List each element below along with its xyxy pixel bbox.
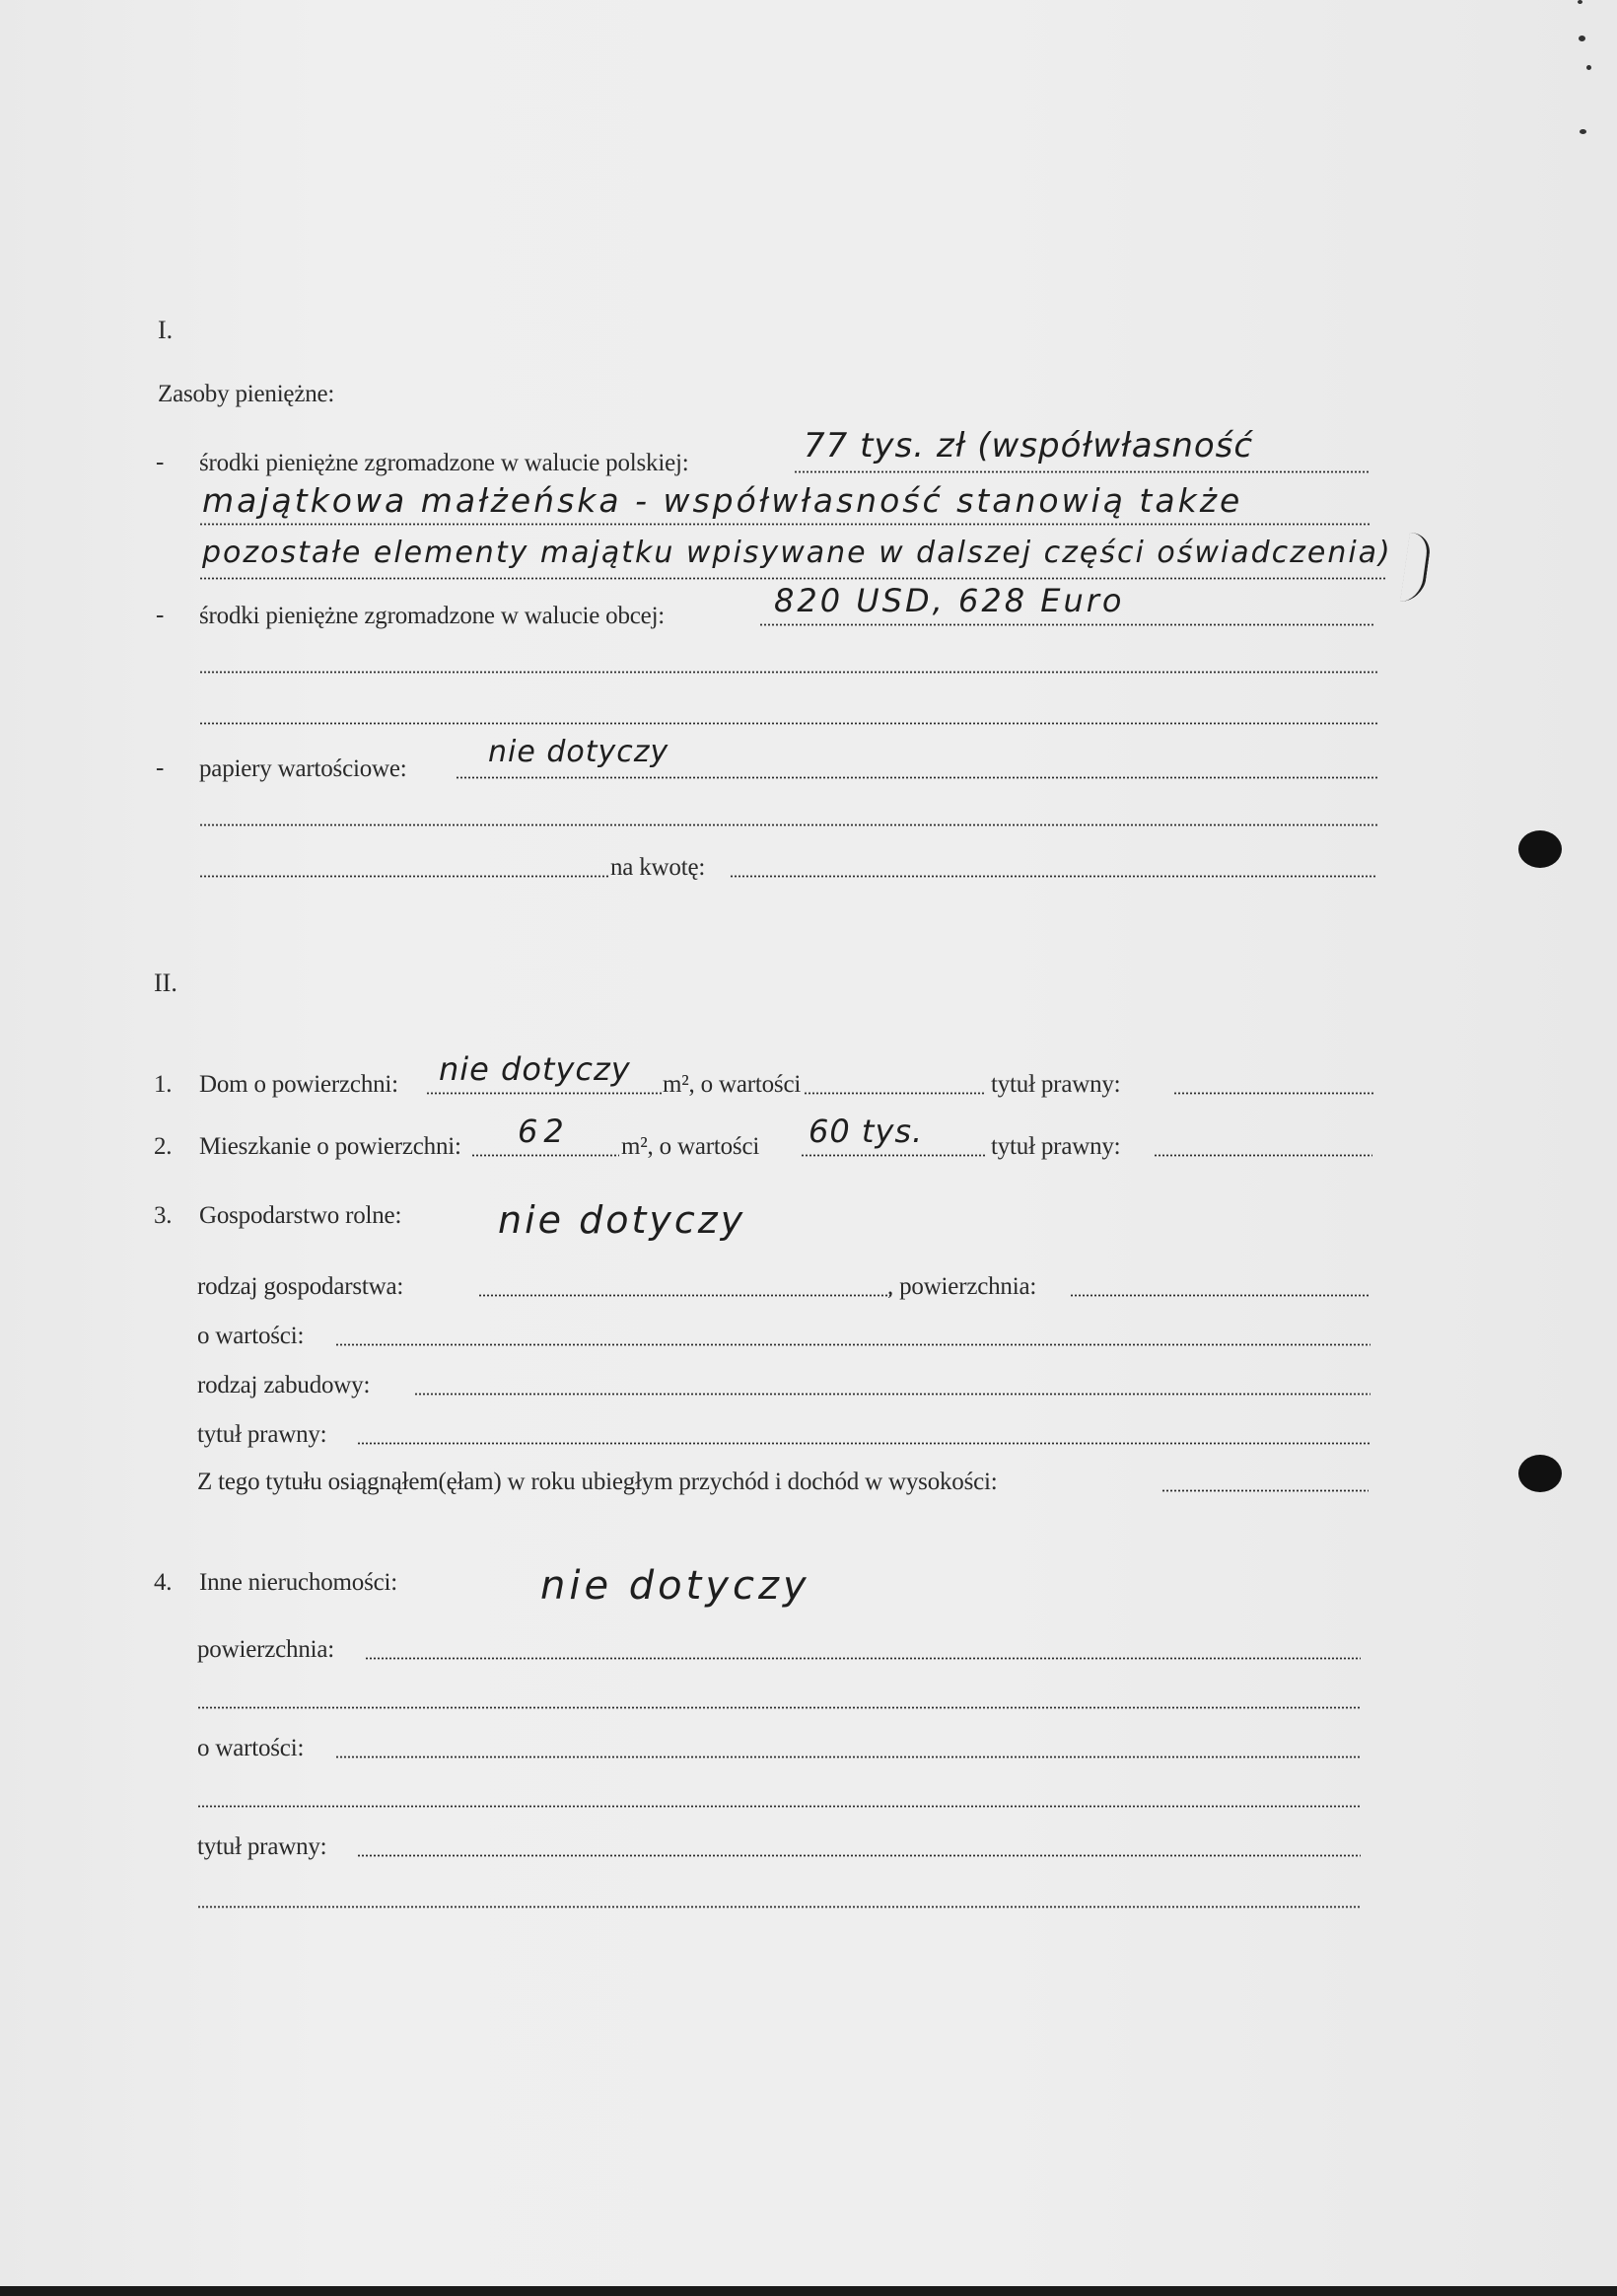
section-2-numeral: II. bbox=[154, 969, 177, 998]
other-value-label: o wartości: bbox=[197, 1734, 304, 1763]
bullet: - bbox=[156, 449, 164, 476]
fill-line bbox=[199, 875, 608, 878]
securities-label: papiery wartościowe: bbox=[199, 754, 407, 784]
section-1-heading: Zasoby pieniężne: bbox=[158, 380, 334, 409]
fill-line bbox=[1154, 1154, 1372, 1157]
scan-bottom-edge bbox=[0, 2286, 1617, 2296]
other-property-label: Inne nieruchomości: bbox=[199, 1568, 397, 1598]
fill-line bbox=[357, 1854, 1361, 1857]
farm-label: Gospodarstwo rolne: bbox=[199, 1201, 401, 1231]
fill-line bbox=[1173, 1092, 1375, 1095]
farm-area-label: , powierzchnia: bbox=[887, 1272, 1036, 1302]
polish-currency-value: 77 tys. zł (współwłasność bbox=[804, 426, 1253, 466]
apartment-area-value: 62 bbox=[518, 1112, 570, 1150]
other-property-value: nie dotyczy bbox=[540, 1563, 810, 1609]
fill-line bbox=[1161, 1489, 1369, 1492]
house-unit: m², o wartości bbox=[663, 1070, 801, 1100]
fill-line bbox=[197, 1706, 1361, 1709]
fill-line bbox=[730, 875, 1377, 878]
apartment-value: 60 tys. bbox=[808, 1112, 923, 1150]
fill-line bbox=[197, 1905, 1361, 1908]
item-number: 3. bbox=[154, 1201, 172, 1231]
apartment-label: Mieszkanie o powierzchni: bbox=[199, 1132, 461, 1162]
speck bbox=[1580, 129, 1586, 134]
fill-line bbox=[1070, 1294, 1371, 1297]
fill-line bbox=[335, 1756, 1361, 1758]
fill-line bbox=[801, 1154, 986, 1157]
farm-buildings-label: rodzaj zabudowy: bbox=[197, 1371, 370, 1400]
foreign-currency-label: środki pieniężne zgromadzone w walucie o… bbox=[199, 602, 665, 631]
handwritten-bracket bbox=[1400, 533, 1433, 602]
fill-line bbox=[456, 776, 1377, 779]
item-number: 4. bbox=[154, 1568, 172, 1598]
fill-line bbox=[478, 1294, 892, 1297]
bullet: - bbox=[156, 602, 164, 629]
item-number: 1. bbox=[154, 1070, 172, 1100]
fill-line bbox=[365, 1657, 1361, 1660]
speck bbox=[1578, 0, 1582, 4]
other-area-label: powierzchnia: bbox=[197, 1635, 334, 1665]
other-title-label: tytuł prawny: bbox=[197, 1832, 326, 1862]
apartment-title-label: tytuł prawny: bbox=[991, 1132, 1120, 1162]
fill-line bbox=[357, 1442, 1371, 1445]
speck bbox=[1586, 65, 1591, 70]
fill-line bbox=[414, 1393, 1371, 1396]
polish-currency-label: środki pieniężne zgromadzone w walucie p… bbox=[199, 449, 688, 478]
apartment-unit: m², o wartości bbox=[621, 1132, 759, 1162]
section-1-numeral: I. bbox=[158, 316, 173, 345]
fill-line bbox=[759, 623, 1375, 626]
speck bbox=[1579, 36, 1585, 41]
polish-currency-value-cont: majątkowa małżeńska - współwłasność stan… bbox=[202, 481, 1242, 520]
item-number: 2. bbox=[154, 1132, 172, 1162]
fill-line bbox=[471, 1154, 619, 1157]
fill-line bbox=[197, 1805, 1361, 1808]
house-value: nie dotyczy bbox=[439, 1050, 631, 1088]
bullet: - bbox=[156, 754, 164, 782]
fill-line bbox=[199, 722, 1377, 725]
polish-currency-value-cont: pozostałe elementy majątku wpisywane w d… bbox=[202, 536, 1392, 570]
punch-hole-icon bbox=[1518, 830, 1562, 868]
farm-value-label: o wartości: bbox=[197, 1322, 304, 1351]
fill-line bbox=[426, 1092, 663, 1095]
fill-line bbox=[199, 577, 1387, 580]
document-page: I. Zasoby pieniężne: - środki pieniężne … bbox=[0, 0, 1617, 2286]
fill-line bbox=[199, 523, 1371, 526]
farm-title-label: tytuł prawny: bbox=[197, 1420, 326, 1450]
house-label: Dom o powierzchni: bbox=[199, 1070, 398, 1100]
fill-line bbox=[199, 824, 1377, 826]
farm-value: nie dotyczy bbox=[498, 1198, 745, 1242]
punch-hole-icon bbox=[1518, 1455, 1562, 1492]
securities-amount-label: na kwotę: bbox=[610, 853, 705, 883]
fill-line bbox=[335, 1343, 1371, 1346]
fill-line bbox=[199, 671, 1377, 674]
house-title-label: tytuł prawny: bbox=[991, 1070, 1120, 1100]
fill-line bbox=[804, 1092, 986, 1095]
securities-value: nie dotyczy bbox=[488, 735, 668, 769]
fill-line bbox=[794, 470, 1371, 473]
foreign-currency-value: 820 USD, 628 Euro bbox=[774, 582, 1124, 619]
farm-income-label: Z tego tytułu osiągnąłem(ęłam) w roku ub… bbox=[197, 1468, 998, 1497]
farm-type-label: rodzaj gospodarstwa: bbox=[197, 1272, 403, 1302]
